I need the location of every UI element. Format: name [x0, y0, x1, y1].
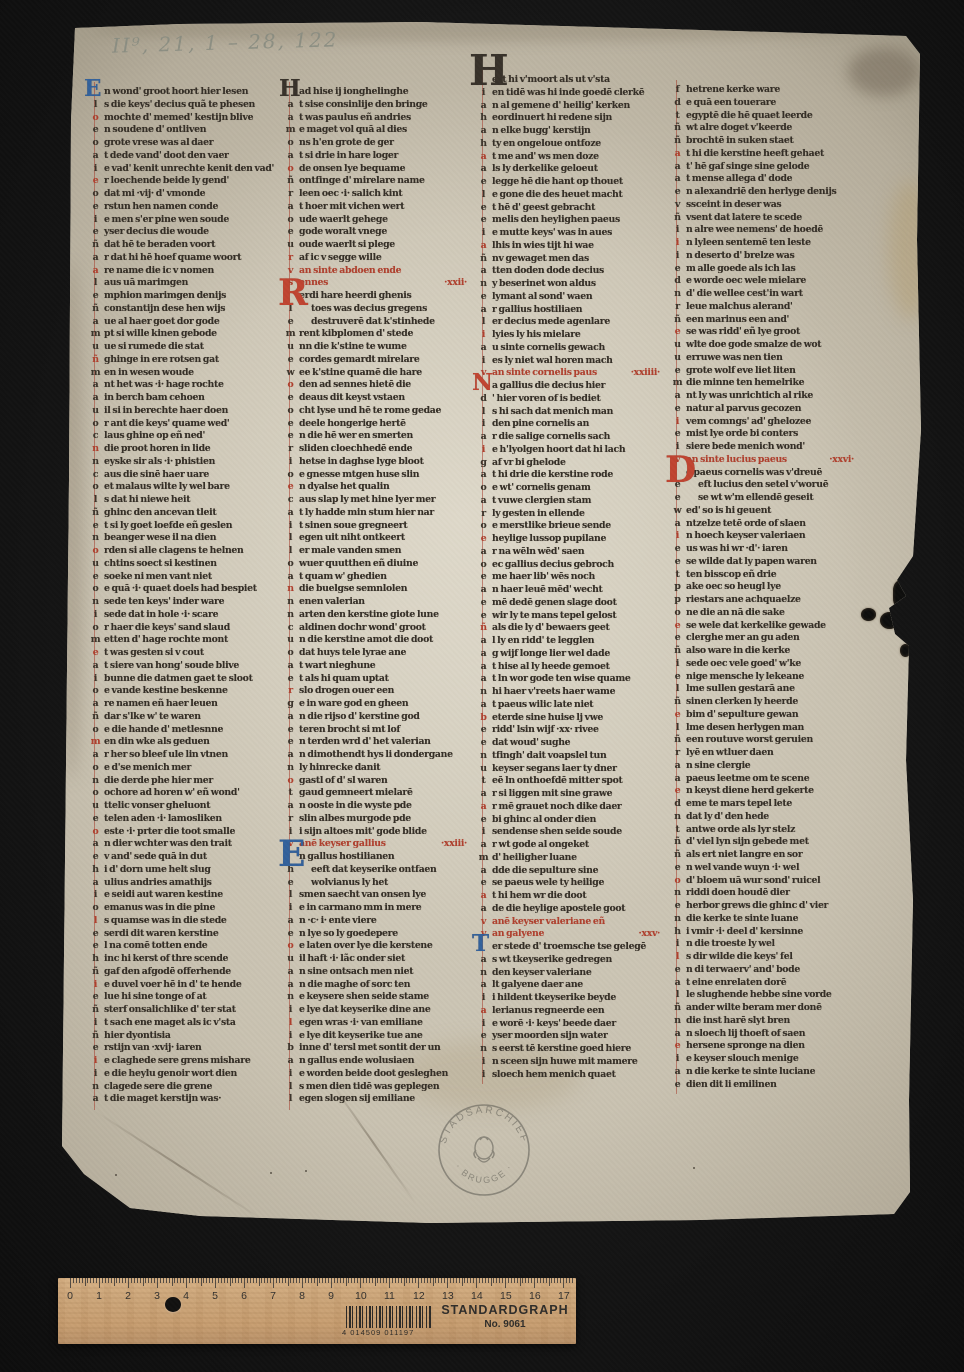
- margin-initial: m: [89, 736, 102, 749]
- verse-line: are name die ic v nomen: [104, 265, 286, 278]
- margin-initial: l: [284, 532, 297, 545]
- ruler-tick: [143, 1278, 144, 1286]
- ruler-tick: [377, 1278, 378, 1283]
- margin-initial: e: [671, 492, 684, 505]
- verse-line: ant ly was unrichtich al rike: [686, 390, 868, 403]
- manuscript-leaf: II⁹, 21, 1 – 28, 122 En wond' groot hoor…: [0, 0, 964, 1372]
- verse-line: nd' die wellee cest'in wart: [686, 288, 868, 301]
- verse-text: t was gesten si v cout: [104, 647, 204, 658]
- margin-initial: o: [89, 112, 102, 125]
- ruler-tick: [290, 1278, 291, 1283]
- verse-text: egen slogen sij emiliane: [299, 1093, 415, 1104]
- verse-text: wuer quutthen eñ diuine: [299, 558, 418, 569]
- margin-initial: ñ: [671, 212, 684, 225]
- verse-text: en din wke als geduen: [104, 736, 210, 747]
- margin-initial: e: [89, 124, 102, 137]
- ruler-tick: [453, 1278, 454, 1283]
- verse-line: e grote wolf eve liet liten: [686, 365, 868, 378]
- ruler-tick: [479, 1278, 480, 1283]
- ruler-tick: [108, 1278, 109, 1283]
- verse-text: nt ly was unrichtich al rike: [686, 390, 813, 401]
- margin-initial: v: [671, 199, 684, 212]
- verse-text: arten den kerstine giote lune: [299, 609, 439, 620]
- ruler-tick: [151, 1278, 152, 1283]
- verse-line: at eine enrelaten dorē: [686, 977, 868, 990]
- prick-mark: [693, 1167, 695, 1169]
- margin-initial: o: [284, 469, 297, 482]
- verse-line: ñ een routuve worst geruien: [686, 734, 868, 747]
- verse-text: pt si wille kinen gebode: [104, 328, 217, 339]
- ruler-tick: [549, 1278, 550, 1286]
- verse-text: dat hē te beraden voort: [104, 239, 215, 250]
- verse-line: e soeke ni men vant niet: [104, 571, 286, 584]
- verse-text: riddi doen houdē dier: [686, 887, 790, 898]
- margin-initial: ñ: [671, 734, 684, 747]
- margin-initial: n: [477, 278, 490, 291]
- ruler-tick: [424, 1278, 425, 1283]
- verse-line: ons h'en grote de ger: [299, 137, 481, 150]
- margin-initial: a: [89, 660, 102, 673]
- verse-line: vssceint in deser was: [686, 199, 868, 212]
- verse-text: t hoer mit vichen wert: [299, 201, 404, 212]
- verse-text: a gallius die decius hier: [492, 380, 605, 391]
- verse-text: n sloech lij thoeft of saen: [686, 1028, 805, 1039]
- margin-initial: n: [89, 596, 102, 609]
- ruler-tick: [224, 1278, 225, 1283]
- margin-initial: ñ: [284, 175, 297, 188]
- verse-text: leen oec ·i· salich kint: [299, 188, 402, 199]
- verse-text: il haft ·i· lãc onder siet: [299, 953, 405, 964]
- ruler-tick: [174, 1278, 175, 1283]
- verse-text: ridd' lsin wijf ·xx· rivee: [492, 724, 599, 735]
- verse-line: ie duvel voer hē in d' te hende: [104, 979, 286, 992]
- verse-text: n al gemene d' heilig' kerken: [492, 100, 630, 111]
- verse-text: vem comngs' ad' ghelozee: [686, 416, 811, 427]
- verse-text: e keyser slouch menige: [686, 1053, 798, 1064]
- margin-initial: n: [477, 686, 490, 699]
- verse-text: n keyst diene herd gekerte: [686, 785, 814, 796]
- margin-initial: b: [477, 712, 490, 725]
- svg-text:· BRUGGE ·: · BRUGGE ·: [453, 1162, 514, 1186]
- verse-text: r mē grauet noch dike daer: [492, 801, 622, 812]
- ruler-tick: [201, 1278, 202, 1286]
- illuminated-initial: E: [84, 83, 101, 96]
- verse-line: e mē dedē genen slage doot: [492, 597, 674, 610]
- verse-line: au sinte cornelis gewach: [492, 342, 674, 355]
- verse-text: ulius andries amathijs: [104, 877, 212, 888]
- ruler-tick: [215, 1278, 216, 1288]
- ruler-tick: [172, 1278, 173, 1286]
- margin-initial: a: [477, 648, 490, 661]
- ruler-tick: [253, 1278, 254, 1283]
- verse-text: t ln wor gode ten wise quame: [492, 673, 631, 684]
- margin-initial: e: [671, 365, 684, 378]
- verse-text: n die kerstine amot die doot: [299, 634, 433, 645]
- verse-text: beanger wese il na dien: [104, 532, 216, 543]
- verse-text: gastl of d' sl waren: [299, 775, 387, 786]
- photograph-canvas: II⁹, 21, 1 – 28, 122 En wond' groot hoor…: [0, 0, 964, 1372]
- verse-text: e claghede sere grens mishare: [104, 1055, 250, 1066]
- verse-text: ne die an nā die sake: [686, 607, 785, 618]
- rubric-text: an sinte lucius paeus: [686, 454, 787, 467]
- verse-line: n ly hinrecke danit: [299, 762, 481, 775]
- margin-initial: a: [671, 977, 684, 990]
- margin-initial: n: [671, 811, 684, 824]
- verse-text: e vad' kenit unrechte kenit den vad': [104, 163, 274, 174]
- margin-initial: u: [284, 634, 297, 647]
- verse-line: oeste ·i· prter die toot smalle: [104, 826, 286, 839]
- chapter-numeral: ·xxv·: [639, 928, 660, 941]
- verse-line: ltoes was decius gregens: [299, 303, 481, 316]
- verse-text: le slughende hebbe sine vorde: [686, 989, 832, 1000]
- margin-initial: e: [671, 186, 684, 199]
- verse-text: rent kibplomen d' stede: [299, 328, 413, 339]
- verse-line: ls dir wilde die keys' fel: [686, 951, 868, 964]
- verse-text: n ·c· i· ente viere: [299, 915, 376, 926]
- verse-line: oet malaus wilte ly wel bare: [104, 481, 286, 494]
- margin-initial: a: [477, 839, 490, 852]
- verse-text: eē ln onthoefdē mitter spot: [492, 775, 623, 786]
- margin-initial: e: [89, 520, 102, 533]
- margin-initial: d: [671, 798, 684, 811]
- verse-text: paeus leetme om te scene: [686, 773, 809, 784]
- margin-initial: i: [477, 826, 490, 839]
- verse-line: ese was ridd' eñ lye groot: [686, 326, 868, 339]
- verse-line: e deaus dit keyst vstaen: [299, 392, 481, 405]
- verse-text: n ooste in die wyste pde: [299, 800, 412, 811]
- ruler-tick: [311, 1278, 312, 1283]
- margin-initial: u: [89, 558, 102, 571]
- margin-initial: l: [477, 406, 490, 419]
- verse-text: gaf den afgodē offerhende: [104, 966, 231, 977]
- verse-text: dat mi ·vij· d' vmonde: [104, 188, 205, 199]
- margin-initial: a: [89, 877, 102, 890]
- verse-text: n dier wchter was den trait: [104, 838, 232, 849]
- margin-initial: a: [477, 801, 490, 814]
- ruler-tick: [137, 1278, 138, 1283]
- ruler-model: No. 9061: [440, 1319, 570, 1330]
- verse-text: r die salige cornelis sach: [492, 431, 610, 442]
- margin-initial: l: [284, 1081, 297, 1094]
- ruler-tick: [517, 1278, 518, 1283]
- margin-initial: n: [671, 913, 684, 926]
- metric-ruler: 4 014509 011197 STANDARDGRAPH No. 9061 0…: [58, 1278, 576, 1344]
- verse-line: deme te mars tepel lete: [686, 798, 868, 811]
- verse-text: i sijn altoes mit' gode blide: [299, 826, 427, 837]
- verse-line: ntfingh' dait voapslel tun: [492, 750, 674, 763]
- verse-line: at hise al ly heede gemoet: [492, 661, 674, 674]
- margin-initial: o: [284, 558, 297, 571]
- verse-line: et hē d' geest gebracht: [492, 202, 674, 215]
- verse-line: heeft dat keyserike ontfaen: [299, 864, 481, 877]
- margin-initial: u: [477, 763, 490, 776]
- ruler-hole: [165, 1297, 181, 1312]
- verse-line: oe d'se menich mer: [104, 762, 286, 775]
- verse-text: smen saecht van onsen lye: [299, 889, 426, 900]
- margin-initial: o: [284, 137, 297, 150]
- margin-initial: a: [284, 979, 297, 992]
- verse-line: at hi hem wr die doot: [492, 890, 674, 903]
- ruler-tick: [128, 1278, 129, 1288]
- rubric-text: anē keyser gallius: [299, 838, 386, 851]
- verse-text: n haer leuē mēd' wecht: [492, 584, 603, 595]
- margin-initial: l: [284, 545, 297, 558]
- verse-text: e mutte keys' was in aues: [492, 227, 612, 238]
- verse-text: n wond' groot hoort hier lesen: [104, 86, 248, 97]
- verse-line: at wart nieghune: [299, 660, 481, 673]
- verse-text: ee k'stine quamē die hare: [299, 367, 422, 378]
- ruler-tick: [247, 1278, 248, 1283]
- margin-initial: i: [477, 992, 490, 1005]
- margin-initial: d: [671, 275, 684, 288]
- verse-line: e teren brocht si mt lof: [299, 724, 481, 737]
- margin-initial: a: [89, 698, 102, 711]
- margin-initial: p: [671, 581, 684, 594]
- verse-line: ls hi sach dat menich man: [492, 406, 674, 419]
- archive-stamp: STADSARCHIEF · BRUGGE ·: [432, 1098, 536, 1202]
- verse-text: ochore ad horen w' eñ wond': [104, 787, 240, 798]
- verse-line: at paeus wilic late niet: [492, 699, 674, 712]
- margin-initial: c: [284, 622, 297, 635]
- margin-initial: i: [477, 1018, 490, 1031]
- ruler-tick: [427, 1278, 428, 1283]
- ruler-tick: [119, 1278, 120, 1283]
- margin-initial: n: [89, 443, 102, 456]
- margin-initial: a: [477, 240, 490, 253]
- verse-text: teren brocht si mt lof: [299, 724, 400, 735]
- verse-line: ñ als die ly d' bewaers geet: [492, 622, 674, 635]
- verse-text: rstijn van ·xvij· iaren: [104, 1042, 202, 1053]
- verse-line: ñ ontfinge d' mirelare name: [299, 175, 481, 188]
- ruler-tick: [485, 1278, 486, 1283]
- verse-line: e wolvianus ly het: [299, 877, 481, 890]
- verse-line: at' hē gaf singe sine gelode: [686, 161, 868, 174]
- margin-initial: i: [477, 329, 490, 342]
- verse-text: gaud gemneert mielarē: [299, 787, 413, 798]
- stamp-emblem: [474, 1137, 494, 1162]
- verse-text: rden si alle clagens te helnen: [104, 545, 244, 556]
- margin-initial: ñ: [477, 622, 490, 635]
- ruler-tick: [537, 1278, 538, 1283]
- verse-text: cordes gemardt mirelare: [299, 354, 420, 365]
- margin-initial: i: [477, 418, 490, 431]
- margin-initial: v: [477, 916, 490, 929]
- margin-initial: i: [89, 163, 102, 176]
- verse-line: ñ nv gewaget men das: [492, 253, 674, 266]
- margin-initial: e: [477, 814, 490, 827]
- margin-initial: n: [477, 1043, 490, 1056]
- margin-initial: w: [284, 367, 297, 380]
- ruler-tick: [166, 1278, 167, 1283]
- verse-text: sede oec vele goed' w'ke: [686, 658, 801, 669]
- margin-initial: a: [284, 966, 297, 979]
- verse-line: en keyst diene herd gekerte: [686, 785, 868, 798]
- verse-line: in deserto d' brelze was: [686, 250, 868, 263]
- margin-initial: l: [89, 494, 102, 507]
- verse-text: er decius mede agenlare: [492, 316, 610, 327]
- ruler-tick: [221, 1278, 222, 1283]
- verse-line: oe quā ·i· quaet doels had bespiet: [104, 583, 286, 596]
- margin-initial: l: [284, 1093, 297, 1106]
- ruler-tick: [351, 1278, 352, 1283]
- margin-initial: i: [89, 1055, 102, 1068]
- margin-initial: o: [89, 481, 102, 494]
- verse-text: cht lyse und hē te rome gedae: [299, 405, 441, 416]
- chapter-numeral: ·xxii·: [444, 277, 467, 290]
- verse-text: t dede vand' doot den vaer: [104, 150, 229, 161]
- verse-text: hersene spronge na dien: [686, 1040, 805, 1051]
- verse-text: lt galyene daer ane: [492, 979, 583, 990]
- margin-initial: u: [284, 341, 297, 354]
- margin-initial: n: [89, 532, 102, 545]
- verse-line: ar dat hi hē hoef quame woort: [104, 252, 286, 265]
- margin-initial: a: [284, 800, 297, 813]
- margin-initial: ñ: [671, 122, 684, 135]
- ruler-tick: [325, 1278, 326, 1283]
- ruler-tick: [534, 1278, 535, 1288]
- verse-text: y beserinet won aldus: [492, 278, 596, 289]
- verse-line: ler male vanden smen: [299, 545, 481, 558]
- verse-text: r na wēln wēd' saen: [492, 546, 584, 557]
- verse-text: een routuve worst geruien: [686, 734, 813, 745]
- margin-initial: o: [89, 826, 102, 839]
- verse-text: i hildent tkeyserike beyde: [492, 992, 616, 1003]
- verse-line: llme desen herlygen man: [686, 722, 868, 735]
- ruler-tick: [299, 1278, 300, 1283]
- margin-initial: a: [671, 1028, 684, 1041]
- margin-initial: o: [284, 163, 297, 176]
- verse-text: t si ly goet loefde eñ geslen: [104, 520, 232, 531]
- margin-initial: ñ: [89, 711, 102, 724]
- margin-initial: e: [284, 316, 297, 329]
- ruler-cm-label: 11: [384, 1290, 394, 1302]
- verse-line: h ty en ongeloue ontfoze: [492, 138, 674, 151]
- verse-line: en wel vande wuyn ·i· wel: [686, 862, 868, 875]
- margin-initial: o: [284, 214, 297, 227]
- ruler-tick: [285, 1278, 286, 1283]
- verse-text: il si in berechte haer doen: [104, 405, 228, 416]
- margin-initial: i: [89, 609, 102, 622]
- ruler-tick: [360, 1278, 361, 1288]
- margin-initial: d: [671, 97, 684, 110]
- ruler-cm-label: 9: [326, 1290, 336, 1302]
- stamp-text-top: STADSARCHIEF: [438, 1105, 530, 1145]
- ruler-tick: [375, 1278, 376, 1286]
- wormhole: [900, 644, 911, 657]
- verse-line: o dat mi ·vij· d' vmonde: [104, 188, 286, 201]
- margin-initial: o: [89, 188, 102, 201]
- margin-initial: t: [284, 787, 297, 800]
- verse-line: n hi haer v'reets haer wame: [492, 686, 674, 699]
- ruler-tick: [337, 1278, 338, 1283]
- margin-initial: m: [671, 377, 684, 390]
- verse-text: gode woralt vnege: [299, 226, 387, 237]
- margin-initial: ñ: [671, 849, 684, 862]
- margin-initial: ñ: [671, 1002, 684, 1015]
- verse-line: pake oec so heugl lye: [686, 581, 868, 594]
- ruler-tick: [572, 1278, 573, 1283]
- margin-initial: a: [671, 148, 684, 161]
- ruler-tick: [557, 1278, 558, 1283]
- verse-line: n dat ly d' den hede: [686, 811, 868, 824]
- verse-text: erdi hare heerdi ghenis: [299, 290, 411, 301]
- margin-initial: o: [284, 775, 297, 788]
- verse-text: dat huys tele lyrae ane: [299, 647, 406, 658]
- margin-initial: e: [671, 862, 684, 875]
- verse-line: n die proot horen in lide: [104, 443, 286, 456]
- ruler-tick: [505, 1278, 506, 1288]
- ruler-tick: [328, 1278, 329, 1283]
- verse-text: e maget vol quā al dies: [299, 124, 407, 135]
- verse-text: bim d' sepulture gewan: [686, 709, 798, 720]
- margin-initial: a: [284, 507, 297, 520]
- margin-initial: n: [671, 288, 684, 301]
- margin-initial: e: [89, 1042, 102, 1055]
- verse-line: oe laten over lye die kerstene: [299, 940, 481, 953]
- verse-line: an ·c· i· ente viere: [299, 915, 481, 928]
- margin-initial: o: [284, 379, 297, 392]
- margin-initial: e: [284, 392, 297, 405]
- verse-text: n alre wee nemens' de hoedē: [686, 224, 823, 235]
- verse-line: teē ln onthoefdē mitter spot: [492, 775, 674, 788]
- margin-initial: i: [284, 902, 297, 915]
- margin-initial: e: [477, 724, 490, 737]
- verse-text: en tidē was hi inde goedē clerkē: [492, 87, 644, 98]
- verse-text: v and' sede quā in dut: [104, 851, 207, 862]
- svg-text:STADSARCHIEF: STADSARCHIEF: [438, 1105, 530, 1145]
- margin-initial: e: [284, 724, 297, 737]
- margin-initial: ñ: [89, 239, 102, 252]
- verse-line: binne d' tersl met sontit der un: [299, 1042, 481, 1055]
- verse-line: an dimothendt hys li dondergane: [299, 749, 481, 762]
- ruler-tick: [282, 1278, 283, 1283]
- verse-text: keyser segans laer ty dner: [492, 763, 617, 774]
- verse-text: t wart nieghune: [299, 660, 375, 671]
- margin-initial: e: [477, 597, 490, 610]
- verse-line: ie seidi aut waren kestine: [104, 889, 286, 902]
- margin-initial: n: [477, 750, 490, 763]
- verse-line: o dat huys tele lyrae ane: [299, 647, 481, 660]
- verse-line: od' bloem uā wur sond' ruicel: [686, 875, 868, 888]
- ruler-tick: [206, 1278, 207, 1283]
- verse-line: n die kerke te sinte luane: [686, 913, 868, 926]
- ruler-brand: STANDARDGRAPH: [440, 1303, 570, 1317]
- margin-initial: u: [89, 800, 102, 813]
- ruler-tick: [99, 1278, 100, 1288]
- margin-initial: o: [284, 405, 297, 418]
- verse-line: ie claghede sere grens mishare: [104, 1055, 286, 1068]
- verse-text: r ant die keys' quame wed': [104, 418, 229, 429]
- margin-initial: a: [671, 518, 684, 531]
- verse-text: die minne ten hemelrike: [686, 377, 804, 388]
- verse-line: en die hē wer en smerten: [299, 430, 481, 443]
- verse-line: at quam w' ghedien: [299, 571, 481, 584]
- ruler-cm-label: 8: [297, 1290, 307, 1302]
- verse-line: laus uā marimgen: [104, 277, 286, 290]
- ruler-tick: [259, 1278, 260, 1286]
- ruler-cm-label: 16: [529, 1290, 539, 1302]
- verse-line: e dien dit li emilinen: [686, 1079, 868, 1092]
- ruler-tick: [264, 1278, 265, 1283]
- margin-initial: e: [477, 610, 490, 623]
- verse-text: die buelgse semnlolen: [299, 583, 407, 594]
- ruler-tick: [563, 1278, 564, 1288]
- verse-text: eterde sine huise lj vwe: [492, 712, 603, 723]
- verse-line: an al gemene d' heilig' kerken: [492, 100, 674, 113]
- verse-line: alerianus regneerde een: [492, 1005, 674, 1018]
- margin-initial: l: [671, 951, 684, 964]
- verse-line: llme sullen gestarā ane: [686, 683, 868, 696]
